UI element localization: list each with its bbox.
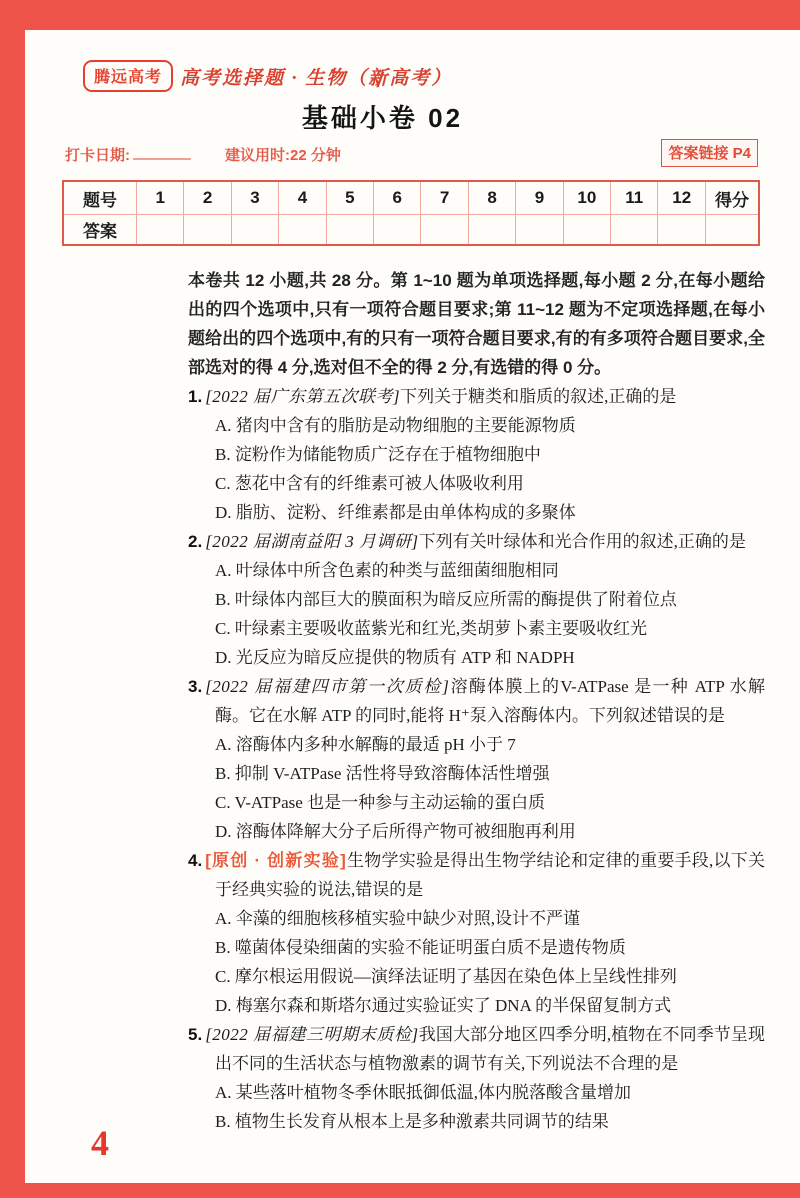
workbook-page: 腾远高考 高考选择题 · 生物（新高考） / 基础小卷 02 打卡日期: 建议用… xyxy=(25,30,800,1183)
question-column-header: 5 xyxy=(326,181,373,215)
question-item: 5.[2022 届福建三明期末质检]我国大部分地区四季分明,植物在不同季节呈现出… xyxy=(188,1020,765,1136)
question-stem: 下列有关叶绿体和光合作用的叙述,正确的是 xyxy=(419,532,746,551)
answer-cell xyxy=(279,215,326,246)
question-number: 1. xyxy=(188,387,202,406)
question-list: 1.[2022 届广东第五次联考]下列关于糖类和脂质的叙述,正确的是A. 猪肉中… xyxy=(188,382,765,1136)
question-stem-line: 3.[2022 届福建四市第一次质检]溶酶体膜上的V-ATPase 是一种 AT… xyxy=(215,672,765,730)
question-stem-line: 5.[2022 届福建三明期末质检]我国大部分地区四季分明,植物在不同季节呈现出… xyxy=(215,1020,765,1078)
question-option: A. 猪肉中含有的脂肪是动物细胞的主要能源物质 xyxy=(215,411,765,440)
exam-instructions: 本卷共 12 小题,共 28 分。第 1~10 题为单项选择题,每小题 2 分,… xyxy=(188,266,765,382)
answer-cell xyxy=(326,215,373,246)
question-column-header: 11 xyxy=(611,181,658,215)
question-column-header: 4 xyxy=(279,181,326,215)
question-option: D. 光反应为暗反应提供的物质有 ATP 和 NADPH xyxy=(215,643,765,672)
answer-cell xyxy=(137,215,184,246)
score-cell xyxy=(706,215,760,246)
question-number: 3. xyxy=(188,677,202,696)
question-option: A. 某些落叶植物冬季休眠抵御低温,体内脱落酸含量增加 xyxy=(215,1078,765,1107)
page-number: 4 xyxy=(91,1122,109,1164)
question-option: B. 抑制 V-ATPase 活性将导致溶酶体活性增强 xyxy=(215,759,765,788)
score-table: 题号123456789101112得分答案 xyxy=(62,180,760,246)
question-stem: 下列关于糖类和脂质的叙述,正确的是 xyxy=(400,387,676,406)
question-number: 4. xyxy=(188,851,202,870)
question-source-tag: [原创 · 创新实验] xyxy=(205,851,347,870)
answer-cell xyxy=(231,215,278,246)
question-column-header: 3 xyxy=(231,181,278,215)
question-option: D. 梅塞尔森和斯塔尔通过实验证实了 DNA 的半保留复制方式 xyxy=(215,991,765,1020)
answer-cell xyxy=(658,215,706,246)
checkin-date-text: 打卡日期: xyxy=(65,147,130,164)
question-source-tag: [2022 届福建三明期末质检] xyxy=(205,1025,418,1044)
page-title: 基础小卷 02 xyxy=(25,98,740,135)
question-column-header: 12 xyxy=(658,181,706,215)
question-option: A. 溶酶体内多种水解酶的最适 pH 小于 7 xyxy=(215,730,765,759)
date-blank-line xyxy=(133,145,191,160)
answer-cell xyxy=(611,215,658,246)
question-option: D. 溶酶体降解大分子后所得产物可被细胞再利用 xyxy=(215,817,765,846)
question-option: C. 葱花中含有的纤维素可被人体吸收利用 xyxy=(215,469,765,498)
question-option: B. 噬菌体侵染细菌的实验不能证明蛋白质不是遗传物质 xyxy=(215,933,765,962)
answer-row-label: 答案 xyxy=(63,215,137,246)
question-number: 5. xyxy=(188,1025,202,1044)
question-column-header: 6 xyxy=(374,181,421,215)
question-stem-line: 2.[2022 届湖南益阳 3 月调研]下列有关叶绿体和光合作用的叙述,正确的是 xyxy=(215,527,765,556)
content-area: 本卷共 12 小题,共 28 分。第 1~10 题为单项选择题,每小题 2 分,… xyxy=(188,266,765,1136)
question-item: 2.[2022 届湖南益阳 3 月调研]下列有关叶绿体和光合作用的叙述,正确的是… xyxy=(188,527,765,672)
question-source-tag: [2022 届广东第五次联考] xyxy=(205,387,400,406)
question-option: A. 伞藻的细胞核移植实验中缺少对照,设计不严谨 xyxy=(215,904,765,933)
answer-cell xyxy=(516,215,563,246)
answer-cell xyxy=(563,215,610,246)
question-option: A. 叶绿体中所含色素的种类与蓝细菌细胞相同 xyxy=(215,556,765,585)
question-option: B. 叶绿体内部巨大的膜面积为暗反应所需的酶提供了附着位点 xyxy=(215,585,765,614)
question-source-tag: [2022 届湖南益阳 3 月调研] xyxy=(205,532,418,551)
question-option: B. 淀粉作为储能物质广泛存在于植物细胞中 xyxy=(215,440,765,469)
suggested-duration-label: 建议用时:22 分钟 xyxy=(225,144,341,165)
question-item: 4.[原创 · 创新实验]生物学实验是得出生物学结论和定律的重要手段,以下关于经… xyxy=(188,846,765,1020)
question-source-tag: [2022 届福建四市第一次质检] xyxy=(205,677,449,696)
question-column-header: 2 xyxy=(184,181,231,215)
answer-cell xyxy=(374,215,421,246)
question-column-header: 8 xyxy=(468,181,515,215)
series-title: 高考选择题 · 生物（新高考） xyxy=(180,63,452,90)
answer-cell xyxy=(184,215,231,246)
question-item: 3.[2022 届福建四市第一次质检]溶酶体膜上的V-ATPase 是一种 AT… xyxy=(188,672,765,846)
question-number: 2. xyxy=(188,532,202,551)
question-option: B. 植物生长发育从根本上是多种激素共同调节的结果 xyxy=(215,1107,765,1136)
question-option: C. 摩尔根运用假说—演绎法证明了基因在染色体上呈线性排列 xyxy=(215,962,765,991)
answer-cell xyxy=(421,215,468,246)
brand-logo: 腾远高考 xyxy=(83,60,173,92)
question-stem-line: 4.[原创 · 创新实验]生物学实验是得出生物学结论和定律的重要手段,以下关于经… xyxy=(215,846,765,904)
question-option: C. V-ATPase 也是一种参与主动运输的蛋白质 xyxy=(215,788,765,817)
question-item: 1.[2022 届广东第五次联考]下列关于糖类和脂质的叙述,正确的是A. 猪肉中… xyxy=(188,382,765,527)
checkin-date-label: 打卡日期: xyxy=(65,144,191,165)
score-header: 得分 xyxy=(706,181,760,215)
question-option: C. 叶绿素主要吸收蓝紫光和红光,类胡萝卜素主要吸收红光 xyxy=(215,614,765,643)
decorative-slash-icon: / xyxy=(377,70,383,93)
question-stem-line: 1.[2022 届广东第五次联考]下列关于糖类和脂质的叙述,正确的是 xyxy=(215,382,765,411)
question-column-header: 7 xyxy=(421,181,468,215)
question-number-header: 题号 xyxy=(63,181,137,215)
question-option: D. 脂肪、淀粉、纤维素都是由单体构成的多聚体 xyxy=(215,498,765,527)
question-column-header: 10 xyxy=(563,181,610,215)
answer-cell xyxy=(468,215,515,246)
answer-link-badge: 答案链接 P4 xyxy=(661,139,758,167)
question-column-header: 1 xyxy=(137,181,184,215)
question-column-header: 9 xyxy=(516,181,563,215)
